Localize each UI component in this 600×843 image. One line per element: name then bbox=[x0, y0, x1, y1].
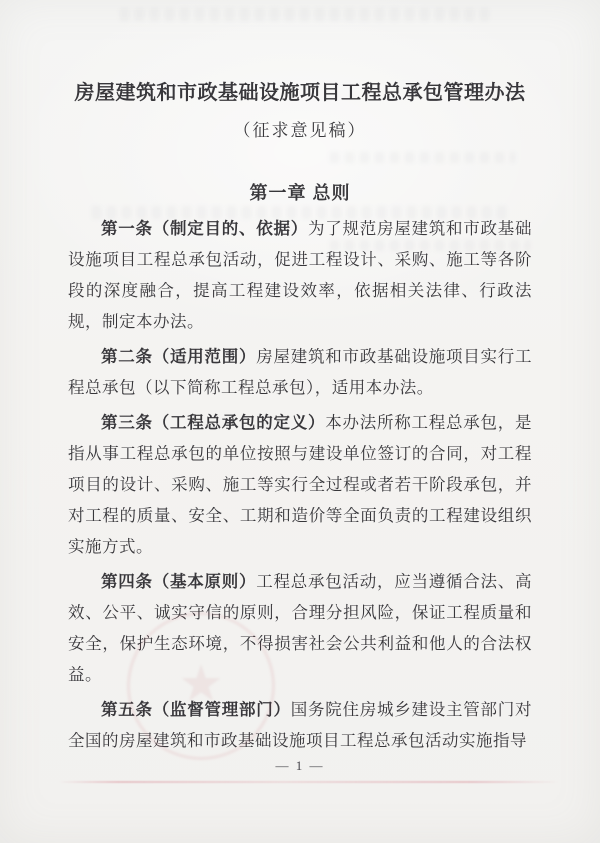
article-3-lead: 第三条（工程总承包的定义） bbox=[101, 413, 325, 432]
article-4-paragraph: 第四条（基本原则）工程总承包活动，应当遵循合法、高效、公平、诚实守信的原则，合理… bbox=[68, 566, 532, 690]
article-3-paragraph: 第三条（工程总承包的定义）本办法所称工程总承包，是指从事工程总承包的单位按照与建… bbox=[68, 407, 532, 562]
article-1-lead: 第一条（制定目的、依据） bbox=[101, 219, 308, 238]
article-5-paragraph: 第五条（监督管理部门）国务院住房城乡建设主管部门对全国的房屋建筑和市政基础设施项… bbox=[68, 694, 532, 756]
article-5-lead: 第五条（监督管理部门） bbox=[101, 700, 291, 719]
article-1-paragraph: 第一条（制定目的、依据）为了规范房屋建筑和市政基础设施项目工程总承包活动，促进工… bbox=[68, 213, 532, 337]
articles-section: 第一条（制定目的、依据）为了规范房屋建筑和市政基础设施项目工程总承包活动，促进工… bbox=[68, 213, 532, 756]
article-2-paragraph: 第二条（适用范围）房屋建筑和市政基础设施项目实行工程总承包（以下简称工程总承包）… bbox=[68, 341, 532, 403]
page-number: — 1 — bbox=[0, 757, 600, 775]
document-content: 房屋建筑和市政基础设施项目工程总承包管理办法 （征求意见稿） 第一章 总则 第一… bbox=[0, 0, 600, 756]
document-title: 房屋建筑和市政基础设施项目工程总承包管理办法 bbox=[68, 0, 532, 106]
article-4-lead: 第四条（基本原则） bbox=[101, 572, 256, 591]
article-3-text: 本办法所称工程总承包，是指从事工程总承包的单位按照与建设单位签订的合同，对工程项… bbox=[68, 413, 532, 556]
scanned-document-page: ★ 房屋建筑和市政基础设施项目工程总承包管理办法 （征求意见稿） 第一章 总则 … bbox=[0, 0, 600, 843]
document-subtitle: （征求意见稿） bbox=[68, 119, 532, 143]
chapter-heading: 第一章 总则 bbox=[68, 181, 532, 205]
article-2-lead: 第二条（适用范围） bbox=[101, 347, 256, 366]
red-line-bleedthrough-artifact bbox=[58, 781, 560, 783]
